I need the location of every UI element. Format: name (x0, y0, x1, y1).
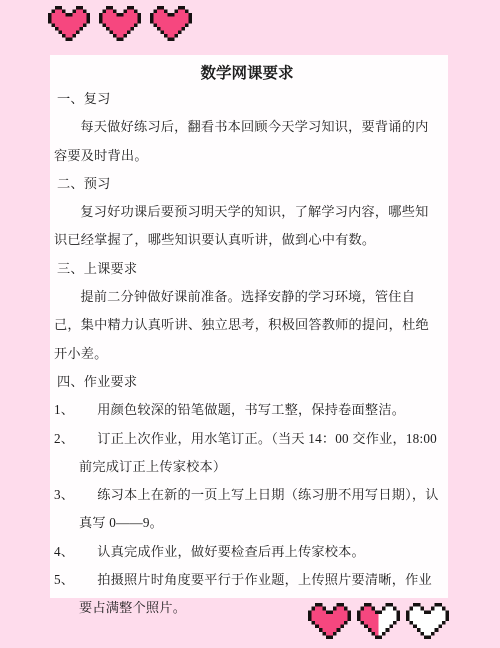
item-number: 1、 (54, 402, 74, 417)
pixel-heart-full-icon (308, 603, 351, 639)
pixel-heart-full-icon (150, 5, 192, 42)
section-heading: 一、复习 (57, 85, 440, 113)
paragraph: 每天做好练习后，翻看书本回顾今天学习知识，要背诵的内容要及时背出。 (54, 113, 440, 170)
section-heading: 二、预习 (57, 170, 440, 198)
top-hearts-row (48, 5, 192, 42)
item-text: 用颜色较深的铅笔做题，书写工整，保持卷面整洁。 (97, 402, 405, 417)
list-item: 2、订正上次作业，用水笔订正。（当天 14：00 交作业，18:00 前完成订正… (54, 425, 440, 482)
item-text: 认真完成作业，做好要检查后再上传家校本。 (97, 544, 365, 559)
bottom-hearts-row (308, 603, 449, 639)
document-title: 数学网课要求 (54, 62, 440, 85)
pixel-heart-empty-icon (406, 603, 449, 639)
list-item: 1、用颜色较深的铅笔做题，书写工整，保持卷面整洁。 (54, 396, 440, 424)
section-heading: 三、上课要求 (57, 255, 440, 283)
item-number: 5、 (54, 572, 74, 587)
document-body: 一、复习每天做好练习后，翻看书本回顾今天学习知识，要背诵的内容要及时背出。二、预… (54, 85, 440, 623)
page-background: 数学网课要求 一、复习每天做好练习后，翻看书本回顾今天学习知识，要背诵的内容要及… (0, 0, 500, 648)
item-text: 订正上次作业，用水笔订正。（当天 14：00 交作业，18:00 前完成订正上传… (79, 431, 437, 474)
section-heading: 四、作业要求 (57, 368, 440, 396)
pixel-heart-full-icon (48, 5, 90, 42)
item-number: 3、 (54, 487, 74, 502)
item-number: 4、 (54, 544, 74, 559)
pixel-heart-full-icon (99, 5, 141, 42)
item-text: 练习本上在新的一页上写上日期（练习册不用写日期），认真写 0——9。 (79, 487, 439, 530)
list-item: 4、认真完成作业，做好要检查后再上传家校本。 (54, 538, 440, 566)
item-number: 2、 (54, 431, 74, 446)
paragraph: 复习好功课后要预习明天学的知识，了解学习内容，哪些知识已经掌握了，哪些知识要认真… (54, 198, 440, 255)
paragraph: 提前二分钟做好课前准备。选择安静的学习环境，管住自己，集中精力认真听讲、独立思考… (54, 283, 440, 368)
pixel-heart-half-icon (357, 603, 400, 639)
document-page: 数学网课要求 一、复习每天做好练习后，翻看书本回顾今天学习知识，要背诵的内容要及… (50, 55, 448, 598)
list-item: 3、练习本上在新的一页上写上日期（练习册不用写日期），认真写 0——9。 (54, 481, 440, 538)
